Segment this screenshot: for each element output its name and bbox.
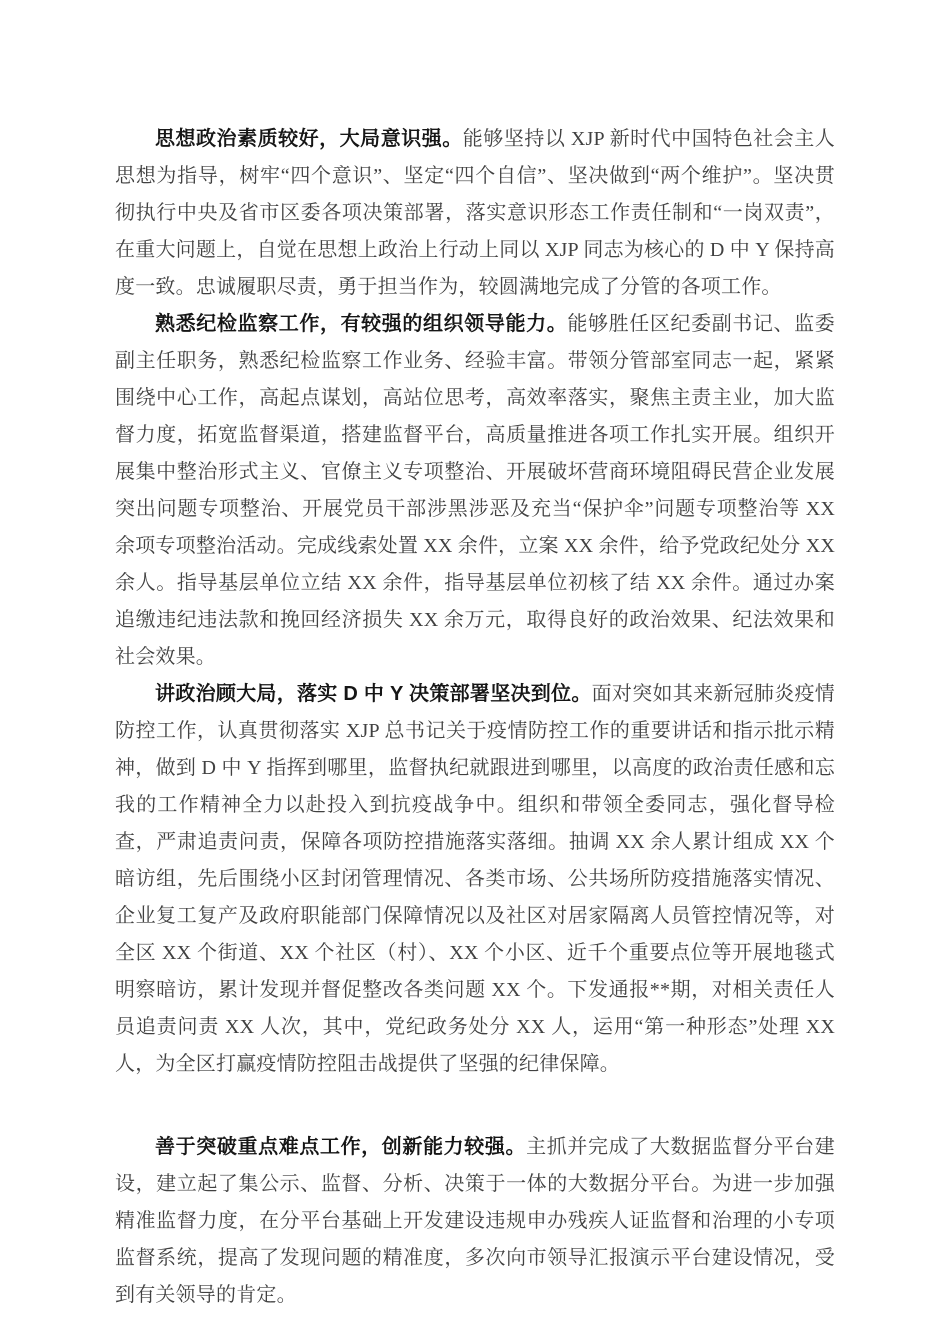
paragraph-lead: 讲政治顾大局，落实 D 中 Y 决策部署坚决到位。: [155, 683, 592, 705]
paragraph-lead: 熟悉纪检监察工作，有较强的组织领导能力。: [155, 313, 567, 335]
paragraph-discipline-inspection: 熟悉纪检监察工作，有较强的组织领导能力。能够胜任区纪委副书记、监委副主任职务，熟…: [115, 306, 835, 676]
paragraph-body: 主抓并完成了大数据监督分平台建设，建立起了集公示、监督、分析、决策于一体的大数据…: [115, 1136, 835, 1306]
paragraph-innovation-ability: 善于突破重点难点工作，创新能力较强。主抓并完成了大数据监督分平台建设，建立起了集…: [115, 1129, 835, 1314]
paragraph-body: 能够坚持以 XJP 新时代中国特色社会主人思想为指导，树牢“四个意识”、坚定“四…: [115, 128, 835, 298]
paragraph-political-quality: 思想政治素质较好，大局意识强。能够坚持以 XJP 新时代中国特色社会主人思想为指…: [115, 121, 835, 306]
paragraph-lead: 思想政治素质较好，大局意识强。: [155, 128, 463, 150]
paragraph-lead: 善于突破重点难点工作，创新能力较强。: [155, 1136, 526, 1158]
paragraph-epidemic-control: 讲政治顾大局，落实 D 中 Y 决策部署坚决到位。面对突如其来新冠肺炎疫情防控工…: [115, 676, 835, 1083]
document-page: 思想政治素质较好，大局意识强。能够坚持以 XJP 新时代中国特色社会主人思想为指…: [0, 0, 950, 1344]
paragraph-body: 面对突如其来新冠肺炎疫情防控工作，认真贯彻落实 XJP 总书记关于疫情防控工作的…: [115, 683, 835, 1075]
paragraph-body: 能够胜任区纪委副书记、监委副主任职务，熟悉纪检监察工作业务、经验丰富。带领分管部…: [115, 313, 835, 668]
